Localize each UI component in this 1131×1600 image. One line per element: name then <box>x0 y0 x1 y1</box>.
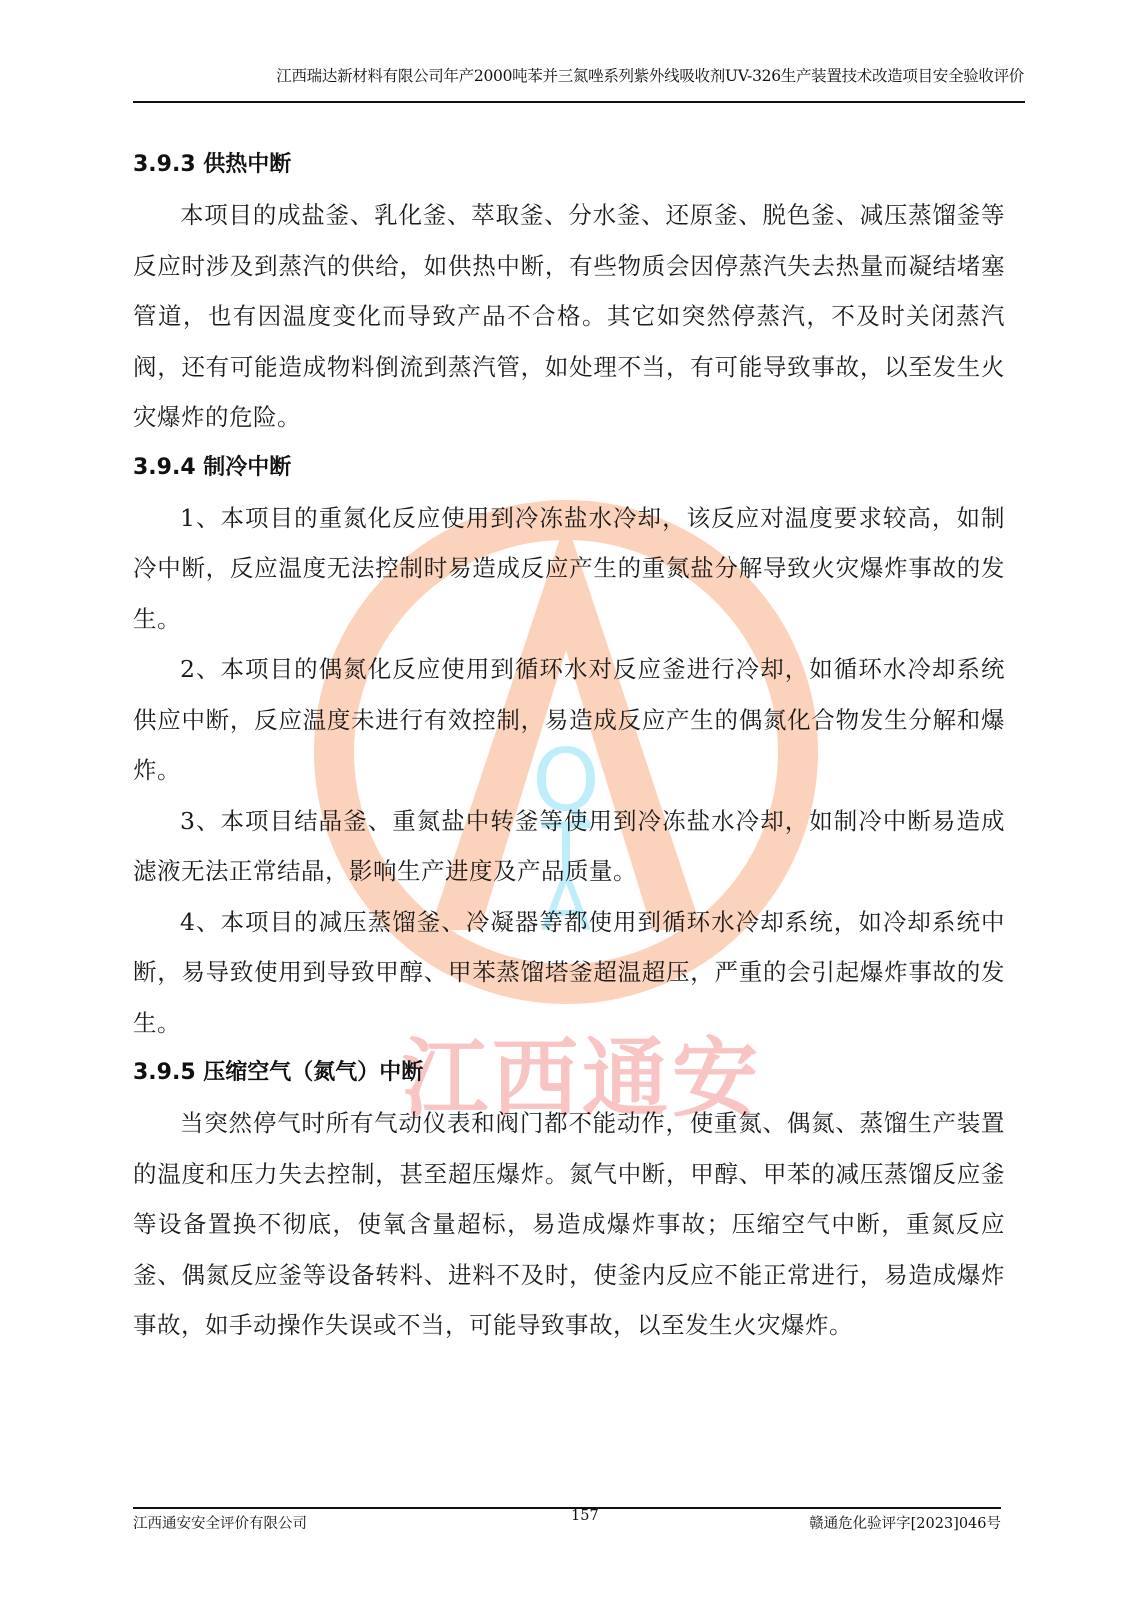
paragraph: 当突然停气时所有气动仪表和阀门都不能动作，使重氮、偶氮、蒸馏生产装置的温度和压力… <box>133 1098 1005 1351</box>
paragraph: 1、本项目的重氮化反应使用到冷冻盐水冷却，该反应对温度要求较高，如制冷中断，反应… <box>133 493 1005 645</box>
paragraph: 2、本项目的偶氮化反应使用到循环水对反应釜进行冷却，如循环水冷却系统供应中断，反… <box>133 644 1005 796</box>
document-body: 3.9.3 供热中断 本项目的成盐釜、乳化釜、萃取釜、分水釜、还原釜、脱色釜、减… <box>133 140 1005 1351</box>
paragraph: 3、本项目结晶釜、重氮盐中转釜等使用到冷冻盐水冷却，如制冷中断易造成滤液无法正常… <box>133 796 1005 897</box>
page-number: 157 <box>571 1508 599 1524</box>
paragraph: 4、本项目的减压蒸馏釜、冷凝器等都使用到循环水冷却系统，如冷却系统中断，易导致使… <box>133 897 1005 1049</box>
paragraph: 本项目的成盐釜、乳化釜、萃取釜、分水釜、还原釜、脱色釜、减压蒸馏釜等反应时涉及到… <box>133 190 1005 443</box>
footer-doc-number: 赣通危化验评字[2023]046号 <box>809 1512 1001 1533</box>
section-heading-3-9-3: 3.9.3 供热中断 <box>133 140 1005 190</box>
section-heading-3-9-5: 3.9.5 压缩空气（氮气）中断 <box>133 1048 1005 1098</box>
section-heading-3-9-4: 3.9.4 制冷中断 <box>133 443 1005 493</box>
running-header: 江西瑞达新材料有限公司年产2000吨苯并三氮唑系列紫外线吸收剂UV-326生产装… <box>130 64 1024 86</box>
footer-divider <box>133 1507 1001 1509</box>
header-divider <box>133 101 1025 103</box>
footer-company: 江西通安安全评价有限公司 <box>133 1512 307 1533</box>
document-page: 江西瑞达新材料有限公司年产2000吨苯并三氮唑系列紫外线吸收剂UV-326生产装… <box>0 0 1131 1600</box>
